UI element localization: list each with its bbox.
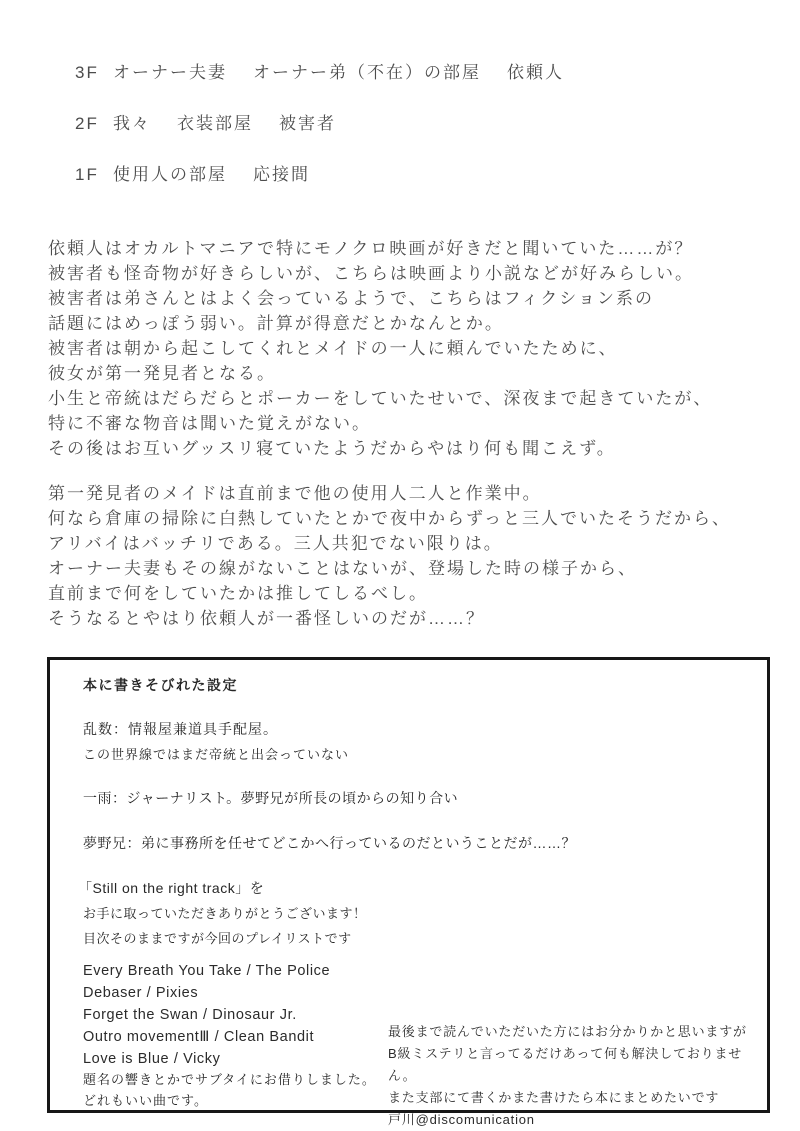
setting-line: この世界線ではまだ帝統と出会っていない (83, 742, 349, 768)
playlist-item: Forget the Swan / Dinosaur Jr. (83, 1004, 330, 1026)
notes-paragraph-1: 依頼人はオカルトマニアで特にモノクロ映画が好きだと聞いていた……が？ 被害者も怪… (48, 236, 712, 461)
note-line: 何なら倉庫の掃除に白熱していたとかで夜中からずっと三人でいたそうだから、 (48, 506, 731, 531)
note-line: 第一発見者のメイドは直前まで他の使用人二人と作業中。 (48, 481, 731, 506)
setting-yumeno: 夢野兄：弟に事務所を任せてどこかへ行っているのだということだが……？ (83, 833, 576, 853)
room-label: 我々 (113, 109, 151, 134)
note-line: 依頼人はオカルトマニアで特にモノクロ映画が好きだと聞いていた……が？ (48, 236, 712, 261)
floor-label: 2F (75, 114, 113, 134)
greeting-line: 目次そのままですが今回のプレイリストです (78, 926, 367, 951)
closing-line: 戸川@discomunication (388, 1109, 767, 1131)
playlist: Every Breath You Take / The Police Debas… (83, 960, 330, 1070)
floor-row-3f: 3F オーナー夫妻 オーナー弟（不在）の部屋 依頼人 (75, 58, 590, 109)
playlist-item: Debaser / Pixies (83, 982, 330, 1004)
playlist-item: Love is Blue / Vicky (83, 1048, 330, 1070)
setting-ransu: 乱数：情報屋兼道具手配屋。 この世界線ではまだ帝統と出会っていない (83, 716, 349, 768)
note-line: オーナー夫妻もその線がないことはないが、登場した時の様子から、 (48, 556, 731, 581)
closing-remarks: 最後まで読んでいただいた方にはお分かりかと思いますが B級ミステリと言ってるだけ… (388, 1021, 767, 1131)
afterword-box: 本に書きそびれた設定 乱数：情報屋兼道具手配屋。 この世界線ではまだ帝統と出会っ… (47, 657, 770, 1113)
room-label: 被害者 (279, 109, 336, 134)
closing-line: 最後まで読んでいただいた方にはお分かりかと思いますが (388, 1021, 767, 1043)
setting-line: 乱数：情報屋兼道具手配屋。 (83, 716, 349, 742)
floor-row-2f: 2F 我々 衣装部屋 被害者 (75, 109, 590, 160)
floor-map: 3F オーナー夫妻 オーナー弟（不在）の部屋 依頼人 2F 我々 衣装部屋 被害… (75, 58, 590, 211)
note-line: 被害者も怪奇物が好きらしいが、こちらは映画より小説などが好みらしい。 (48, 261, 712, 286)
greeting-line: 「Still on the right track」を (78, 876, 367, 901)
playlist-note: 題名の響きとかでサブタイにお借りしました。 どれもいい曲です。 (83, 1069, 376, 1111)
note-line: 小生と帝統はだらだらとポーカーをしていたせいで、深夜まで起きていたが、 (48, 386, 712, 411)
afterword-title: 本に書きそびれた設定 (83, 675, 238, 695)
notes-paragraph-2: 第一発見者のメイドは直前まで他の使用人二人と作業中。 何なら倉庫の掃除に白熱して… (48, 481, 731, 631)
playlist-item: Outro movementⅢ / Clean Bandit (83, 1026, 330, 1048)
closing-line: また支部にて書くかまた書けたら本にまとめたいです (388, 1087, 767, 1109)
room-label: 応接間 (253, 160, 310, 185)
floor-label: 3F (75, 63, 113, 83)
note-line: そうなるとやはり依頼人が一番怪しいのだが……？ (48, 606, 731, 631)
note-line: 彼女が第一発見者となる。 (48, 361, 712, 386)
playlist-item: Every Breath You Take / The Police (83, 960, 330, 982)
note-line: その後はお互いグッスリ寝ていたようだからやはり何も聞こえず。 (48, 436, 712, 461)
setting-hitoame: 一雨：ジャーナリスト。夢野兄が所長の頃からの知り合い (83, 788, 458, 808)
room-label: オーナー弟（不在）の部屋 (253, 58, 481, 83)
note-line: 被害者は弟さんとはよく会っているようで、こちらはフィクション系の (48, 286, 712, 311)
room-label: オーナー夫妻 (113, 58, 227, 83)
room-label: 衣装部屋 (177, 109, 253, 134)
floor-row-1f: 1F 使用人の部屋 応接間 (75, 160, 590, 211)
note-line: 被害者は朝から起こしてくれとメイドの一人に頼んでいたために、 (48, 336, 712, 361)
greeting-line: お手に取っていただきありがとうございます！ (78, 901, 367, 926)
closing-line: B級ミステリと言ってるだけあって何も解決しておりません。 (388, 1043, 767, 1087)
note-line: 話題にはめっぽう弱い。計算が得意だとかなんとか。 (48, 311, 712, 336)
note-line: 特に不審な物音は聞いた覚えがない。 (48, 411, 712, 436)
document-page: 3F オーナー夫妻 オーナー弟（不在）の部屋 依頼人 2F 我々 衣装部屋 被害… (0, 0, 800, 1131)
greeting-block: 「Still on the right track」を お手に取っていただきあり… (78, 876, 367, 951)
playlist-note-line: 題名の響きとかでサブタイにお借りしました。 (83, 1069, 376, 1090)
note-line: 直前まで何をしていたかは推してしるべし。 (48, 581, 731, 606)
room-label: 使用人の部屋 (113, 160, 227, 185)
floor-label: 1F (75, 165, 113, 185)
note-line: アリバイはバッチリである。三人共犯でない限りは。 (48, 531, 731, 556)
room-label: 依頼人 (507, 58, 564, 83)
playlist-note-line: どれもいい曲です。 (83, 1090, 376, 1111)
